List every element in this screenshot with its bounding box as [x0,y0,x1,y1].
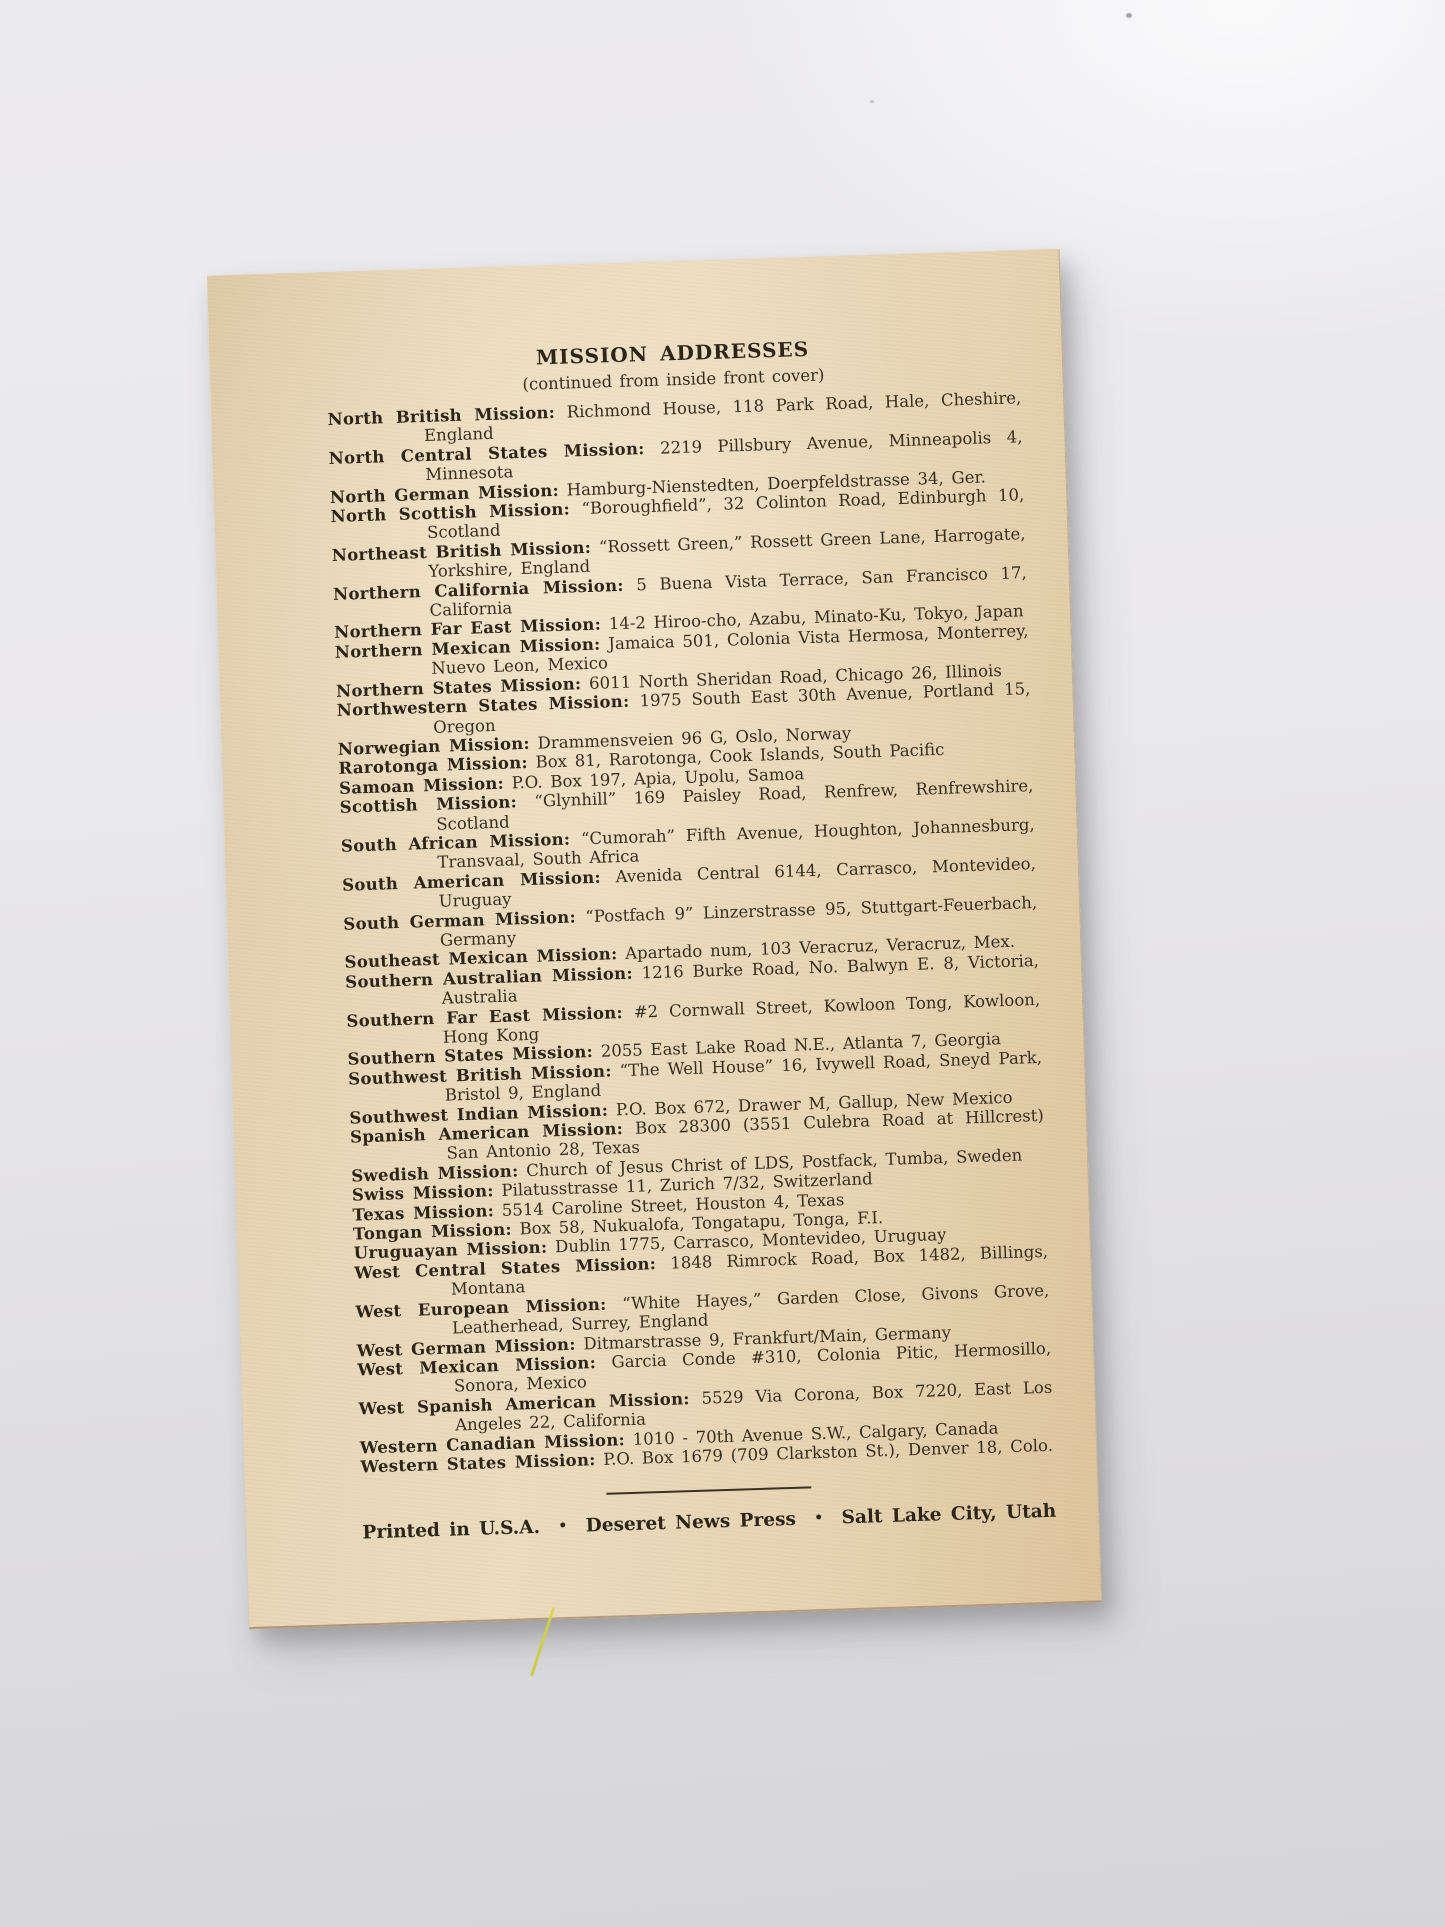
printed-in-usa: Printed in U.S.A. [362,1517,540,1544]
press-city: Salt Lake City, Utah [841,1501,1056,1529]
mission-list: North British Mission: Richmond House, 1… [327,388,1054,1477]
bullet-icon: • [558,1518,567,1534]
paper-page: MISSION ADDRESSES (continued from inside… [207,249,1102,1629]
footer-line: Printed in U.S.A. • Deseret News Press •… [362,1501,1056,1544]
wall-speck [870,100,874,103]
divider-rule [606,1487,811,1495]
paper-content: MISSION ADDRESSES (continued from inside… [207,249,1099,1547]
bullet-icon: • [814,1510,823,1526]
photo-background: { "page": { "title": "MISSION ADDRESSES"… [0,0,1445,1927]
wall-speck [1126,13,1132,18]
press-name: Deseret News Press [585,1509,796,1537]
